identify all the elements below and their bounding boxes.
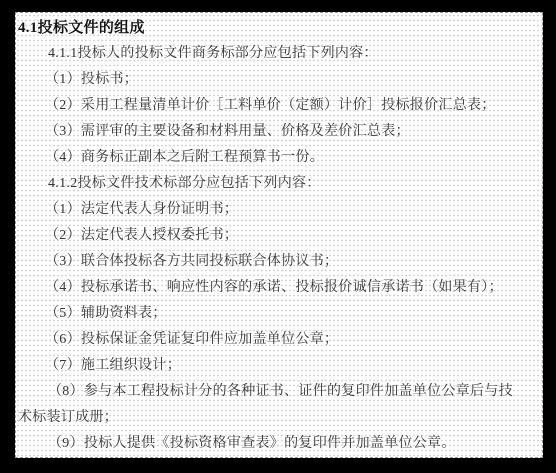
paragraph: （7）施工组织设计； [18,353,540,379]
paragraph: （5）辅助资料表； [18,301,540,327]
paragraph: （4）投标承诺书、响应性内容的承诺、投标报价诚信承诺书（如果有）； [18,275,540,301]
paragraph: （1）投标书； [18,67,540,93]
paragraph: （1）法定代表人身份证明书； [18,197,540,223]
paragraph: 4.1.1投标人的投标文件商务标部分应包括下列内容： [18,41,540,67]
paragraph: （2）采用工程量清单计价［工料单价（定额）计价］投标报价汇总表； [18,93,540,119]
paragraph: （4）商务标正副本之后附工程预算书一份。 [18,145,540,171]
paragraph: （6）投标保证金凭证复印件应加盖单位公章； [18,327,540,353]
paragraph: （8）参与本工程投标计分的各种证书、证件的复印件加盖单位公章后与技术标装订成册； [18,379,540,431]
paragraph: （2）法定代表人授权委托书； [18,223,540,249]
document-page: 4.1投标文件的组成 4.1.1投标人的投标文件商务标部分应包括下列内容：（1）… [15,12,543,458]
section-body: 4.1.1投标人的投标文件商务标部分应包括下列内容：（1）投标书；（2）采用工程… [18,41,540,457]
section-title: 4.1投标文件的组成 [18,15,540,41]
paragraph: （9）投标人提供《投标资格审查表》的复印件并加盖单位公章。 [18,431,540,457]
scanned-page-frame: 4.1投标文件的组成 4.1.1投标人的投标文件商务标部分应包括下列内容：（1）… [0,0,556,473]
paragraph: 4.1.2投标文件技术标部分应包括下列内容： [18,171,540,197]
paragraph: （3）需评审的主要设备和材料用量、价格及差价汇总表； [18,119,540,145]
paragraph: （3）联合体投标各方共同投标联合体协议书； [18,249,540,275]
